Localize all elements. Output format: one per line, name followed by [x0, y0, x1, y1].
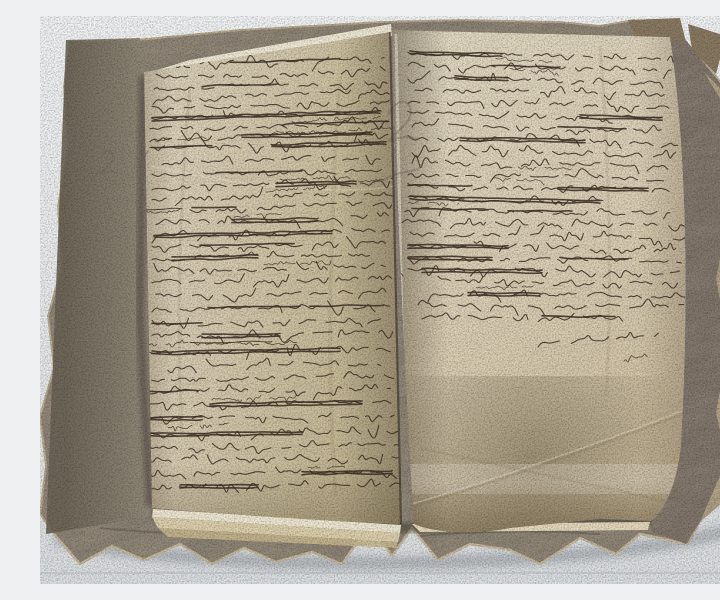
- photo-grain: [40, 16, 720, 584]
- manuscript-photo: Photograph of an aged two-page handwritt…: [40, 16, 720, 584]
- manuscript-photo-svg: [40, 16, 720, 584]
